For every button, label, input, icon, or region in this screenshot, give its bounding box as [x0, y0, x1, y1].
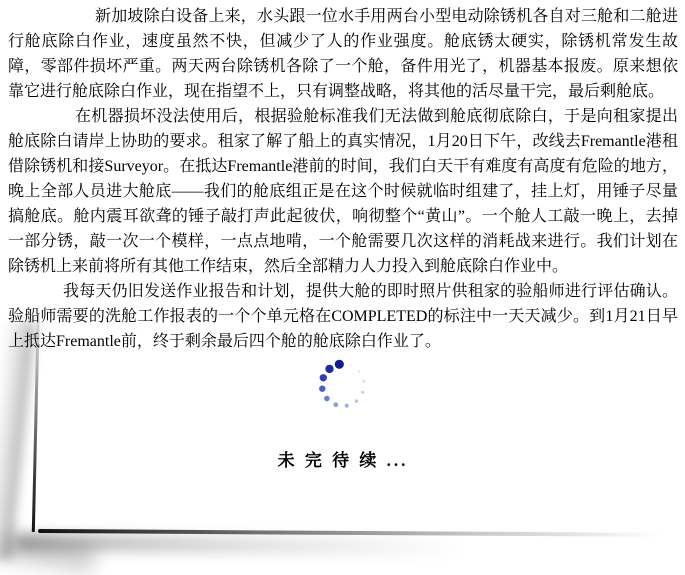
paragraph-1: 新加坡除白设备上来，水头跟一位水手用两台小型电动除锈机各自对三舱和二舱进行舱底除…: [8, 4, 678, 104]
paragraph-2: 在机器损坏没法使用后，根据验舱标准我们无法做到舱底彻底除白，于是向租家提出舱底除…: [8, 104, 678, 279]
document-body: 新加坡除白设备上来，水头跟一位水手用两台小型电动除锈机各自对三舱和二舱进行舱底除…: [8, 4, 678, 471]
document-page: 新加坡除白设备上来，水头跟一位水手用两台小型电动除锈机各自对三舱和二舱进行舱底除…: [0, 0, 685, 575]
loading-spinner-dots: [315, 357, 371, 413]
paragraph-3: 我每天仍旧发送作业报告和计划，提供大舱的即时照片供租家的验船师进行评估确认。验船…: [8, 279, 678, 354]
to-be-continued-label: 未 完 待 续 ...: [8, 446, 678, 471]
page-canvas: 新加坡除白设备上来，水头跟一位水手用两台小型电动除锈机各自对三舱和二舱进行舱底除…: [0, 0, 685, 575]
loading-spinner-icon: [8, 357, 678, 415]
